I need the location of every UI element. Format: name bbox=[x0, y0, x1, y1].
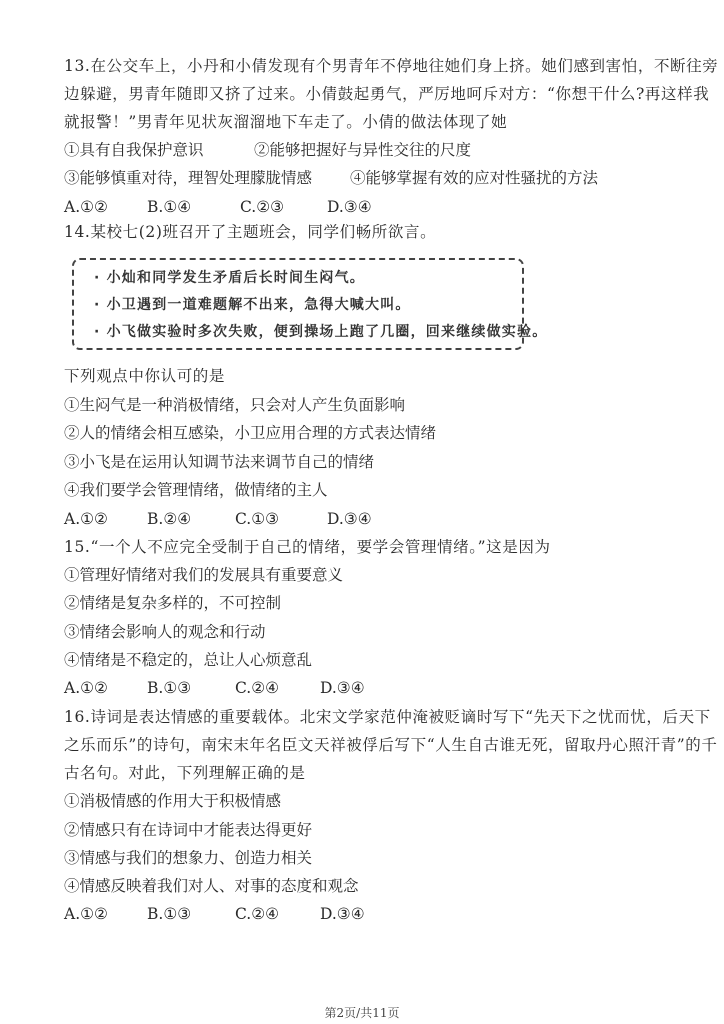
q14-item-1: ①生闷气是一种消极情绪，只会对人产生负面影响 bbox=[64, 395, 405, 415]
q13-stem-line-3: 就报警！”男青年见状灰溜溜地下车走了。小倩的做法体现了她 bbox=[64, 112, 507, 132]
q15-item-4: ④情绪是不稳定的，总让人心烦意乱 bbox=[64, 650, 312, 670]
q13-item-1: ①具有自我保护意识 bbox=[64, 140, 204, 160]
q16-answer-b: B.①③ bbox=[147, 904, 191, 924]
q14-answer-c: C.①③ bbox=[235, 509, 279, 529]
q13-answer-b: B.①④ bbox=[147, 197, 191, 217]
q13-item-3: ③能够慎重对待，理智处理朦胧情感 bbox=[64, 168, 312, 188]
q16-item-2: ②情感只有在诗词中才能表达得更好 bbox=[64, 820, 312, 840]
q14-item-3: ③小飞是在运用认知调节法来调节自己的情绪 bbox=[64, 452, 374, 472]
q13-answer-d: D.③④ bbox=[327, 197, 372, 217]
q15-item-3: ③情绪会影响人的观念和行动 bbox=[64, 622, 266, 642]
q15-answer-b: B.①③ bbox=[147, 678, 191, 698]
q16-stem-line-3: 古名句。对此，下列理解正确的是 bbox=[64, 763, 306, 783]
q14-answer-d: D.③④ bbox=[327, 509, 372, 529]
q16-item-3: ③情感与我们的想象力、创造力相关 bbox=[64, 848, 312, 868]
page-number: 第2页/共11页 bbox=[0, 1004, 724, 1021]
q14-scenario-2: · 小卫遇到一道难题解不出来，急得大喊大叫。 bbox=[94, 296, 411, 314]
q14-answer-b: B.②④ bbox=[147, 509, 191, 529]
q14-scenario-box: · 小灿和同学发生矛盾后长时间生闷气。 · 小卫遇到一道难题解不出来，急得大喊大… bbox=[72, 258, 524, 350]
q14-stem: 14.某校七(2)班召开了主题班会，同学们畅所欲言。 bbox=[64, 222, 436, 242]
q13-answer-c: C.②③ bbox=[240, 197, 284, 217]
q16-item-4: ④情感反映着我们对人、对事的态度和观念 bbox=[64, 876, 359, 896]
q13-stem-line-1: 13.在公交车上，小丹和小倩发现有个男青年不停地往她们身上挤。她们感到害怕，不断… bbox=[64, 56, 718, 76]
q13-item-2: ②能够把握好与异性交往的尺度 bbox=[254, 140, 471, 160]
q15-stem: 15.“一个人不应完全受制于自己的情绪，要学会管理情绪。”这是因为 bbox=[64, 537, 551, 557]
q16-answer-d: D.③④ bbox=[320, 904, 365, 924]
q15-item-2: ②情绪是复杂多样的，不可控制 bbox=[64, 593, 281, 613]
q16-answer-a: A.①② bbox=[64, 904, 108, 924]
q15-answer-c: C.②④ bbox=[235, 678, 279, 698]
q13-answer-a: A.①② bbox=[64, 197, 108, 217]
q14-answer-a: A.①② bbox=[64, 509, 108, 529]
q14-item-2: ②人的情绪会相互感染，小卫应用合理的方式表达情绪 bbox=[64, 423, 436, 443]
q14-scenario-3: · 小飞做实验时多次失败，便到操场上跑了几圈，回来继续做实验。 bbox=[94, 323, 547, 341]
q14-scenario-1: · 小灿和同学发生矛盾后长时间生闷气。 bbox=[94, 269, 365, 287]
q14-prompt: 下列观点中你认可的是 bbox=[64, 366, 225, 386]
q16-stem-line-2: 之乐而乐”的诗句，南宋末年名臣文天祥被俘后写下“人生自古谁无死，留取丹心照汗青”… bbox=[64, 735, 717, 755]
q14-item-4: ④我们要学会管理情绪，做情绪的主人 bbox=[64, 480, 328, 500]
q15-answer-a: A.①② bbox=[64, 678, 108, 698]
q16-answer-c: C.②④ bbox=[235, 904, 279, 924]
q15-answer-d: D.③④ bbox=[320, 678, 365, 698]
q13-stem-line-2: 边躲避，男青年随即又挤了过来。小倩鼓起勇气，严厉地呵斥对方：“你想干什么?再这样… bbox=[64, 84, 709, 104]
q16-stem-line-1: 16.诗词是表达情感的重要载体。北宋文学家范仲淹被贬谪时写下“先天下之忧而忧，后… bbox=[64, 707, 711, 727]
q13-item-4: ④能够掌握有效的应对性骚扰的方法 bbox=[350, 168, 598, 188]
q15-item-1: ①管理好情绪对我们的发展具有重要意义 bbox=[64, 565, 343, 585]
q16-item-1: ①消极情感的作用大于积极情感 bbox=[64, 791, 281, 811]
